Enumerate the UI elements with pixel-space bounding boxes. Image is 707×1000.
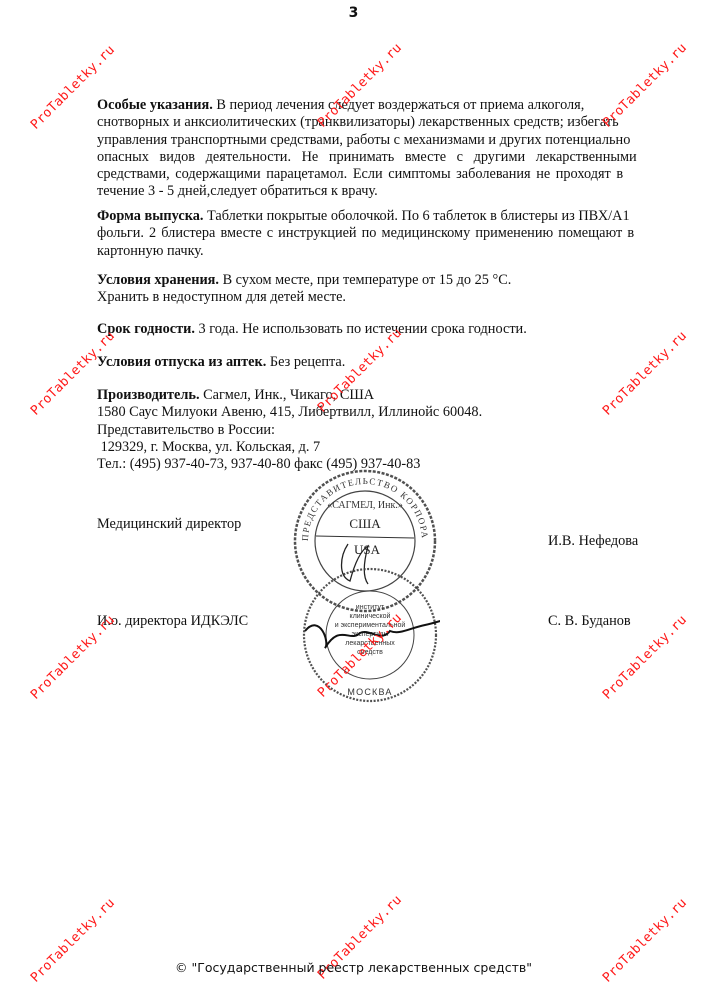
institute-stamp-city: МОСКВА [347,687,392,697]
form-line-2: фольги. 2 блистера вместе с инструкцией … [97,225,649,242]
shelf-life-text: 3 года. Не использовать по истечении сро… [195,321,527,337]
manufacturer-heading: Производитель. [97,387,200,403]
section-special-instructions: Особые указания. В период лечения следуе… [97,97,649,201]
manufacturer-line-1: Производитель. Сагмел, Инк., Чикаго, США [97,387,649,404]
storage-heading: Условия хранения. [97,272,219,288]
form-line-1: Форма выпуска. Таблетки покрытые оболочк… [97,208,649,225]
page-number: 3 [0,5,707,21]
special-line-5: средствами, содержащими парацетамол. Есл… [97,166,649,183]
acting-director-name: С. В. Буданов [548,613,631,630]
special-line-2: снотворных и анксиолитических (транквили… [97,114,649,131]
dispensing-text: Без рецепта. [266,354,345,370]
representation-label: Представительство в России: [97,422,649,439]
medical-director-name: И.В. Нефедова [548,533,638,550]
manufacturer-address: 1580 Саус Милуоки Авеню, 415, Либертвилл… [97,404,649,421]
footer-copyright: © "Государственный реестр лекарственных … [0,960,707,975]
special-line-6: течение 3 - 5 дней,следует обратиться к … [97,183,649,200]
special-line-3: управления транспортными средствами, раб… [97,132,649,149]
acting-director-title: И.о. директора ИДКЭЛС [97,613,248,630]
section-release-form: Форма выпуска. Таблетки покрытые оболочк… [97,208,649,260]
form-heading: Форма выпуска. [97,208,203,224]
company-stamp-name: «САГМЕЛ, Инк.» [327,500,403,511]
special-heading: Особые указания. [97,97,213,113]
section-manufacturer: Производитель. Сагмел, Инк., Чикаго, США… [97,387,649,473]
medical-director-title: Медицинский директор [97,516,241,533]
section-storage: Условия хранения. В сухом месте, при тем… [97,272,649,307]
institute-line-1: институт [356,604,385,611]
section-shelf-life: Срок годности. 3 года. Не использовать п… [97,321,649,338]
representation-address: 129329, г. Москва, ул. Кольская, д. 7 [97,439,649,456]
storage-line-2: Хранить в недоступном для детей месте. [97,289,649,306]
special-line-4: опасных видов деятельности. Не принимать… [97,149,649,166]
dispensing-heading: Условия отпуска из аптек. [97,354,266,370]
form-line-3: картонную пачку. [97,243,649,260]
watermark: ProTabletky.ru [28,613,118,703]
storage-line-1: Условия хранения. В сухом месте, при тем… [97,272,649,289]
company-stamp-country-ru: США [349,516,381,531]
special-line-1: Особые указания. В период лечения следуе… [97,97,649,114]
